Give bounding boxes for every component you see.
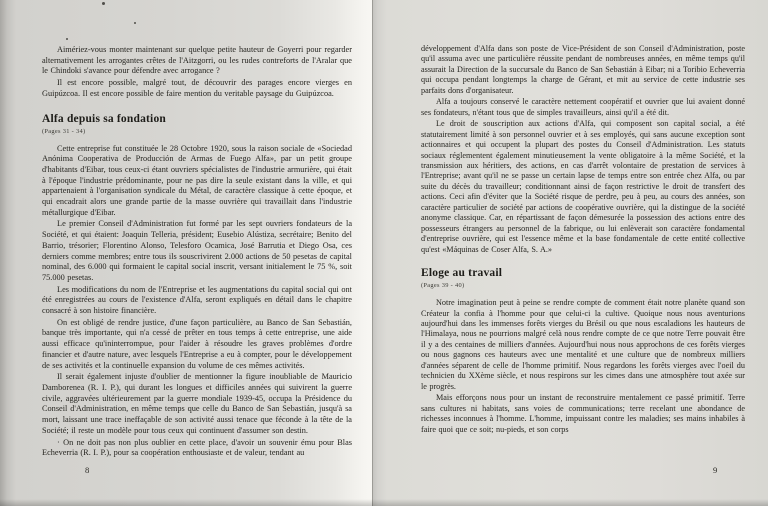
paragraph: Il est encore possible, malgré tout, de … [42, 78, 352, 99]
page-number: 8 [85, 465, 89, 475]
paragraph: Cette entreprise fut constituée le 28 Oc… [42, 144, 352, 219]
paragraph: Mais efforçons nous pour un instant de r… [421, 393, 745, 435]
pages-reference: (Pages 39 - 40) [421, 282, 745, 289]
paragraph: Les modifications du nom de l'Entreprise… [42, 285, 352, 317]
section-heading: Eloge au travail [421, 267, 745, 279]
left-page: Aimériez-vous monter maintenant sur quel… [0, 0, 372, 506]
scan-speck [134, 22, 136, 24]
paragraph: Le premier Conseil d'Administration fut … [42, 219, 352, 283]
paragraph: On est obligé de rendre justice, d'une f… [42, 318, 352, 372]
scan-speck [102, 2, 105, 5]
section-heading: Alfa depuis sa fondation [42, 113, 352, 125]
pages-reference: (Pages 31 - 34) [42, 128, 352, 135]
book-scan: Aimériez-vous monter maintenant sur quel… [0, 0, 768, 506]
page-number: 9 [713, 465, 717, 475]
paragraph: développement d'Alfa dans son poste de V… [421, 44, 745, 96]
right-page: développement d'Alfa dans son poste de V… [372, 0, 768, 506]
paragraph: Aimériez-vous monter maintenant sur quel… [42, 45, 352, 77]
paragraph: Il serait également injuste d'oublier de… [42, 372, 352, 436]
paragraph: Notre imagination peut à peine se rendre… [421, 298, 745, 392]
paragraph: Alfa a toujours conservé le caractère ne… [421, 97, 745, 118]
paragraph: · On ne doit pas non plus oublier en cet… [42, 438, 352, 459]
paragraph: Le droit de souscription aux actions d'A… [421, 119, 745, 255]
scan-speck [66, 38, 68, 40]
